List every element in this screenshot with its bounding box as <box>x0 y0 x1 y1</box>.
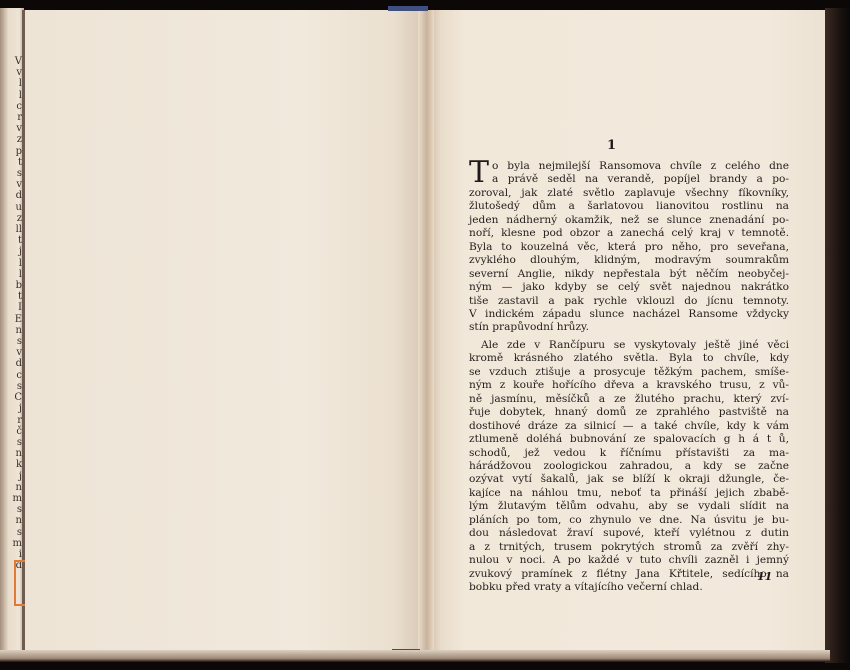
text-line: ztlumeně doléhá bubnování ze spalovacích… <box>469 433 789 446</box>
text-line: tiše zastavil a pak rychle vklouzl do jí… <box>469 295 789 308</box>
bleed-letter: m <box>2 538 22 549</box>
bleed-letter: C <box>2 392 22 403</box>
bleed-letter: c <box>2 101 22 112</box>
text-line: řuje dobytek, hnaný domů ze zprahlého pa… <box>469 406 789 419</box>
text-line: zoroval, jak zlaté světlo zaplavuje všec… <box>469 187 789 200</box>
text-line: bobku před vraty a vítajícího večerní ch… <box>469 581 789 594</box>
text-line: stín prapůvodní hrůzy. <box>469 321 789 334</box>
bleed-letter: t <box>2 235 22 246</box>
chapter-text: T o byla nejmilejší Ransomova chvíle z c… <box>469 160 789 595</box>
text-line: a právě seděl na verandě, popíjel brandy… <box>469 173 789 186</box>
bleed-letter: k <box>2 459 22 470</box>
bleed-letter: l <box>2 78 22 89</box>
bleed-letter: n <box>2 515 22 526</box>
bleed-letter: v <box>2 67 22 78</box>
bleed-letter: s <box>2 437 22 448</box>
text-line: noří, klesne pod obzor a zanechá celý kr… <box>469 227 789 240</box>
text-line: o byla nejmilejší Ransomova chvíle z cel… <box>469 160 789 173</box>
bleed-letter: l <box>2 90 22 101</box>
text-line: a z trnitých, trusem pokrytých stromů za… <box>469 541 789 554</box>
bleed-letter: t <box>2 157 22 168</box>
text-line: schodů, jež vedou k říčnímu přístavišti … <box>469 447 789 460</box>
bleed-letter: r <box>2 415 22 426</box>
text-line: ným z kouře hořícího dřeva a kravského t… <box>469 379 789 392</box>
bleed-letter: l <box>2 269 22 280</box>
paragraph-2: Ale zde v Rančípuru se vyskytovaly ještě… <box>469 339 789 595</box>
bleed-letter: d <box>2 358 22 369</box>
bleed-letter: c <box>2 370 22 381</box>
bleed-letter: n <box>2 482 22 493</box>
bleed-letter: i <box>2 549 22 560</box>
bleed-letter: j <box>2 246 22 257</box>
bleed-letter: z <box>2 134 22 145</box>
bleed-letter: z <box>2 213 22 224</box>
bleed-letter: d <box>2 190 22 201</box>
bleed-letter: u <box>2 202 22 213</box>
text-line: zvyklého dlouhým, klidným, modravým soum… <box>469 254 789 267</box>
text-line: Byla to kouzelná věc, která pro něho, pr… <box>469 241 789 254</box>
text-line: dostihové dráze za silnicí — a také chví… <box>469 420 789 433</box>
text-line: dou následovat žraví supové, kteří vylét… <box>469 527 789 540</box>
bleed-letter: I <box>2 302 22 313</box>
bleed-letter: j <box>2 471 22 482</box>
bleed-letter: v <box>2 123 22 134</box>
bleed-letter: č <box>2 426 22 437</box>
previous-page-bleed-text: VvllcrvzptsvduzlltjllbtIEnsvdcsCjrčsnkjn… <box>2 56 22 571</box>
text-line: zvukový pramínek z flétny Jana Křtitele,… <box>469 568 789 581</box>
bleed-letter: v <box>2 179 22 190</box>
text-line: Ale zde v Rančípuru se vyskytovaly ještě… <box>469 339 789 352</box>
text-line: severní Anglie, nikdy nepřestala být něč… <box>469 268 789 281</box>
text-line: jeden nádherný okamžik, než se slunce zn… <box>469 214 789 227</box>
text-line: ným — jako kdyby se celý svět najednou n… <box>469 281 789 294</box>
bleed-letter: v <box>2 347 22 358</box>
bleed-letter: r <box>2 112 22 123</box>
text-line: kromě krásného zlatého světla. Byla to c… <box>469 352 789 365</box>
bleed-letter: n <box>2 448 22 459</box>
text-line: žlutošedý dům a šarlatovou lianovitou ro… <box>469 200 789 213</box>
left-page-blank <box>25 10 425 660</box>
open-book: VvllcrvzptsvduzlltjllbtIEnsvdcsCjrčsnkjn… <box>0 0 850 670</box>
page-number: 11 <box>757 570 772 583</box>
text-line: nulou v noci. A po každé v tuto chvíli z… <box>469 554 789 567</box>
text-line: ně jasmínu, měsíčků a ze žlutého prachu,… <box>469 393 789 406</box>
book-gutter <box>418 10 434 660</box>
text-line: se vzduch ztišuje a prosycuje těžkým pac… <box>469 366 789 379</box>
bleed-letter: p <box>2 146 22 157</box>
text-line: kajíce na náhlou tmu, neboť ta přináší j… <box>469 487 789 500</box>
text-line: pláních po tom, co zhynulo ve dne. Na ús… <box>469 514 789 527</box>
bleed-letter: V <box>2 56 22 67</box>
bleed-letter: s <box>2 527 22 538</box>
bleed-letter: s <box>2 381 22 392</box>
bleed-letter: j <box>2 403 22 414</box>
bleed-letter: l <box>2 258 22 269</box>
bleed-letter: s <box>2 504 22 515</box>
bleed-letter: ll <box>2 224 22 235</box>
bleed-letter: t <box>2 291 22 302</box>
paragraph-1: T o byla nejmilejší Ransomova chvíle z c… <box>469 160 789 335</box>
text-line: V indickém západu slunce nacházel Ransom… <box>469 308 789 321</box>
bleed-letter: s <box>2 336 22 347</box>
book-bottom-edge <box>0 650 830 662</box>
text-line: ozývat vytí šakalů, jak se blíží k okraj… <box>469 473 789 486</box>
bleed-letter: s <box>2 168 22 179</box>
bleed-letter: E <box>2 314 22 325</box>
spine-cover-top <box>388 6 428 11</box>
bleed-letter: b <box>2 280 22 291</box>
right-cover-shadow <box>825 8 850 663</box>
text-line: hárádžovou zoologickou zahradou, a kdy s… <box>469 460 789 473</box>
drop-cap: T <box>469 161 489 185</box>
text-line: lým žlutavým tělům odvahu, aby se vydali… <box>469 500 789 513</box>
bleed-letter: n <box>2 325 22 336</box>
chapter-number: 1 <box>607 138 616 153</box>
bleed-letter: m <box>2 493 22 504</box>
